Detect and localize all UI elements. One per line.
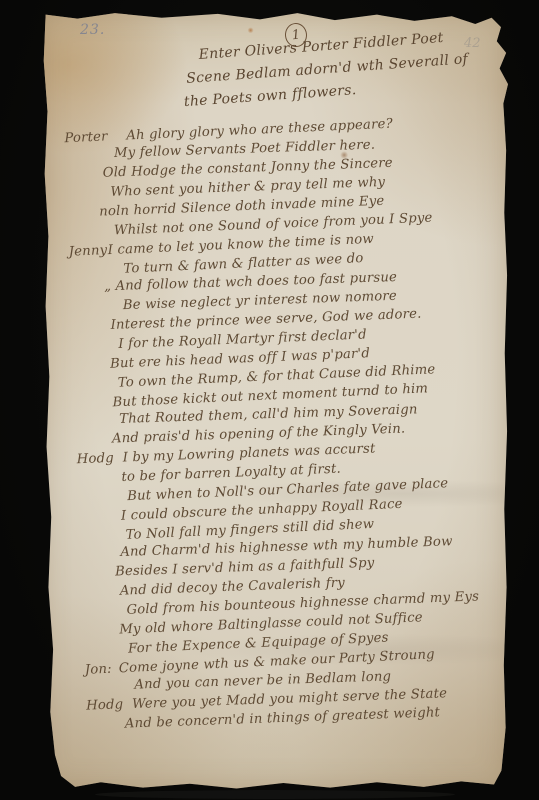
verse-lines: PorterAh glory glory who are these appea… [62, 111, 523, 735]
speaker-label: Hodg [76, 449, 114, 469]
under-page-shadow [95, 790, 455, 799]
photo-background: 23. 1 42 Enter Olivers Porter Fiddler Po… [0, 0, 539, 800]
stage-direction-heading: Enter Olivers Porter Fiddler Poet Scene … [198, 21, 532, 113]
speaker-label: Jenny [68, 241, 107, 262]
manuscript-page: 23. 1 42 Enter Olivers Porter Fiddler Po… [40, 10, 508, 790]
folio-number: 23. [80, 22, 105, 38]
speaker-label: Hodg [86, 695, 124, 715]
